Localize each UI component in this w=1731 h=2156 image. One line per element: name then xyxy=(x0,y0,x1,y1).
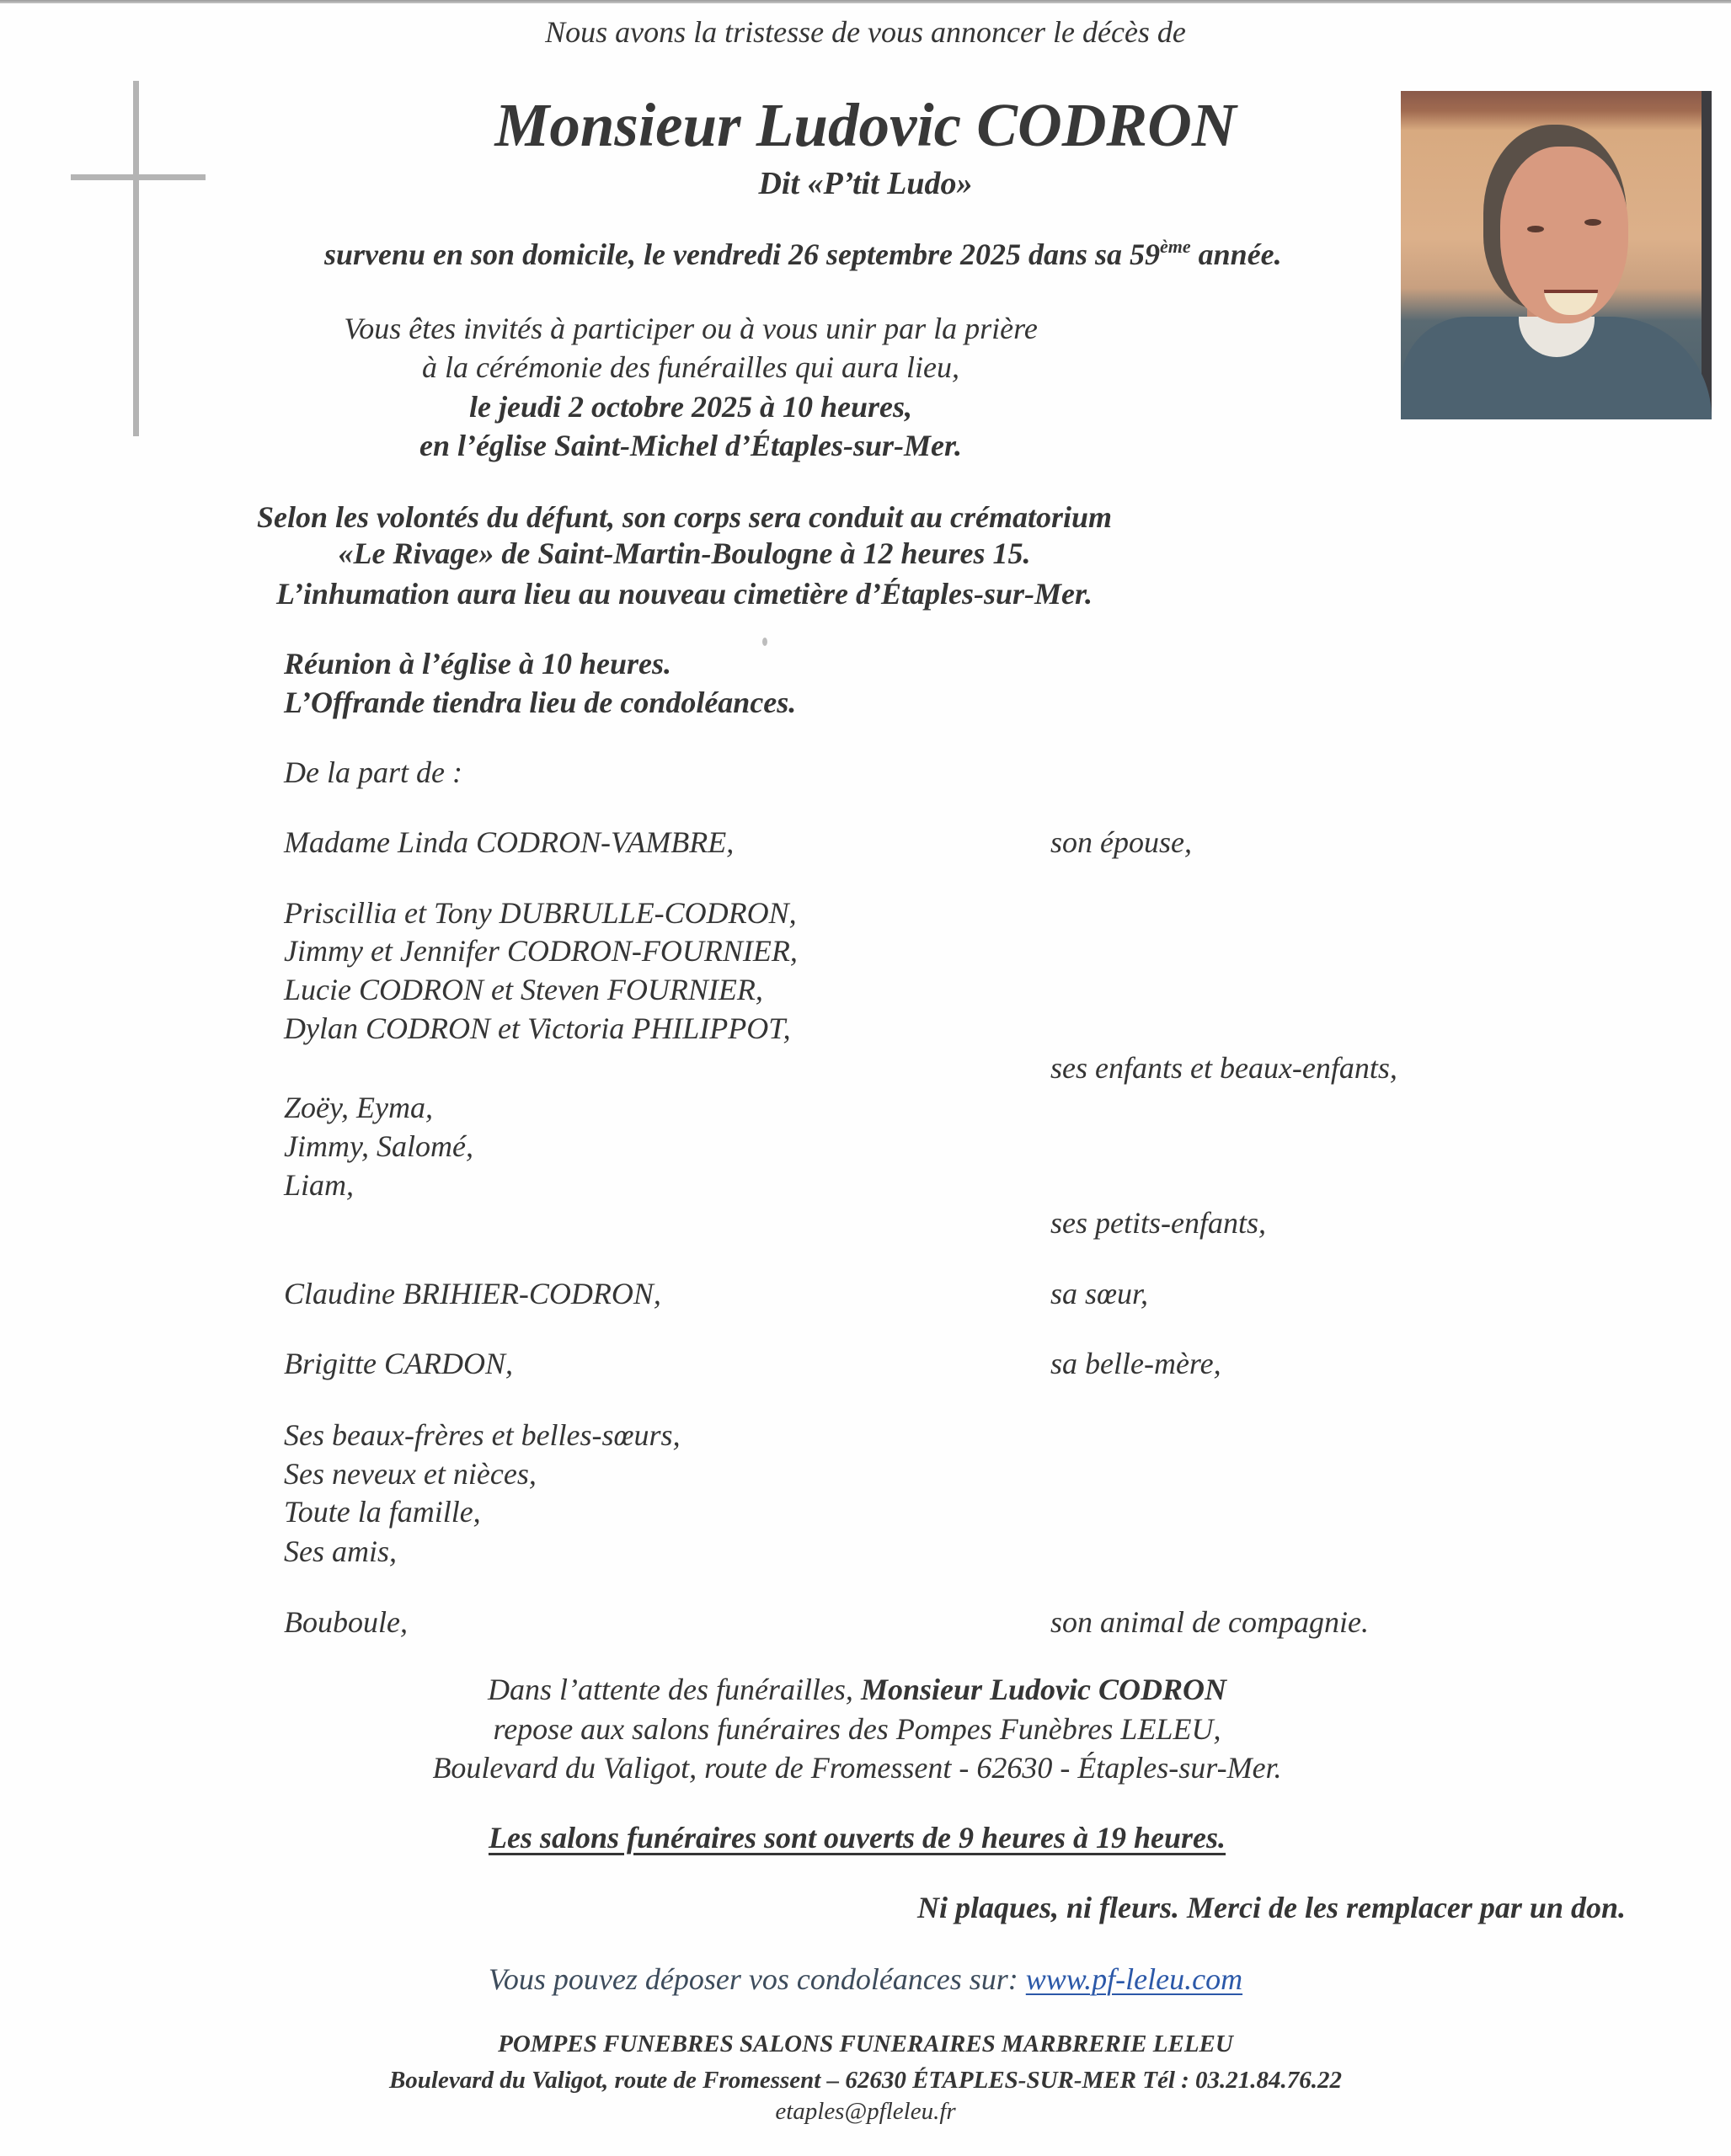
family-name: Jimmy et Jennifer CODRON-FOURNIER, xyxy=(284,936,798,966)
no-flowers: Ni plaques, ni fleurs. Merci de les remp… xyxy=(917,1892,1626,1923)
scan-speck xyxy=(762,638,767,646)
family-relation: ses petits-enfants, xyxy=(1050,1208,1266,1238)
family-relation: son animal de compagnie. xyxy=(1050,1607,1369,1637)
condolences-line: Vous pouvez déposer vos condoléances sur… xyxy=(0,1964,1731,1994)
family-name: Dylan CODRON et Victoria PHILIPPOT, xyxy=(284,1013,791,1043)
condolences-text: Vous pouvez déposer vos condoléances sur… xyxy=(489,1962,1026,1996)
family-relation: son épouse, xyxy=(1050,827,1192,857)
footer-address: Boulevard du Valigot, route de Fromessen… xyxy=(0,2068,1731,2093)
rest-line: repose aux salons funéraires des Pompes … xyxy=(0,1714,1714,1744)
cremation-line: «Le Rivage» de Saint-Martin-Boulogne à 1… xyxy=(0,538,1550,568)
footer-company: POMPES FUNEBRES SALONS FUNERAIRES MARBRE… xyxy=(0,2032,1731,2057)
family-name: Claudine BRIHIER-CODRON, xyxy=(284,1278,661,1309)
family-relation: sa sœur, xyxy=(1050,1278,1148,1309)
rest-line-name: Monsieur Ludovic CODRON xyxy=(861,1673,1226,1706)
death-line: survenu en son domicile, le vendredi 26 … xyxy=(324,239,1282,269)
footer-email[interactable]: etaples@pfleleu.fr xyxy=(0,2100,1731,2124)
family-name: Ses neveux et nièces, xyxy=(284,1459,537,1489)
rest-address: Boulevard du Valigot, route de Fromessen… xyxy=(0,1753,1714,1783)
intro-text: Nous avons la tristesse de vous annoncer… xyxy=(0,17,1731,47)
family-relation: sa belle-mère, xyxy=(1050,1348,1221,1379)
ceremony-line: Vous êtes invités à participer ou à vous… xyxy=(0,313,1381,344)
opening-hours: Les salons funéraires sont ouverts de 9 … xyxy=(0,1822,1714,1853)
ceremony-place: en l’église Saint-Michel d’Étaples-sur-M… xyxy=(0,430,1381,461)
family-name: Liam, xyxy=(284,1170,354,1200)
ceremony-date: le jeudi 2 octobre 2025 à 10 heures, xyxy=(0,392,1381,422)
family-name: Ses beaux-frères et belles-sœurs, xyxy=(284,1420,681,1450)
nickname: Dit «P’tit Ludo» xyxy=(0,168,1731,200)
cremation-line: Selon les volontés du défunt, son corps … xyxy=(0,502,1550,532)
death-line-sup: ème xyxy=(1160,236,1191,257)
death-line-end: année. xyxy=(1191,237,1282,271)
rest-line-prefix: Dans l’attente des funérailles, xyxy=(488,1673,861,1706)
family-name: Toute la famille, xyxy=(284,1497,481,1527)
burial-line: L’inhumation aura lieu au nouveau cimeti… xyxy=(0,579,1550,609)
family-name: Ses amis, xyxy=(284,1536,397,1566)
opening-hours-text: Les salons funéraires sont ouverts de 9 … xyxy=(489,1821,1226,1854)
photo-eye xyxy=(1527,226,1544,232)
family-relation: ses enfants et beaux-enfants, xyxy=(1050,1053,1397,1083)
meeting-line: Réunion à l’église à 10 heures. xyxy=(284,648,671,679)
family-name: Brigitte CARDON, xyxy=(284,1348,513,1379)
deceased-name: Monsieur Ludovic CODRON xyxy=(0,94,1731,156)
scan-edge xyxy=(0,0,1731,3)
condolences-link[interactable]: www.pf-leleu.com xyxy=(1026,1962,1242,1996)
ceremony-line: à la cérémonie des funérailles qui aura … xyxy=(0,352,1381,382)
family-name: Lucie CODRON et Steven FOURNIER, xyxy=(284,974,763,1005)
death-line-text: survenu en son domicile, le vendredi 26 … xyxy=(324,237,1160,271)
family-name: Madame Linda CODRON-VAMBRE, xyxy=(284,827,734,857)
photo-eye xyxy=(1584,219,1601,226)
from-label: De la part de : xyxy=(284,757,462,787)
offering-line: L’Offrande tiendra lieu de condoléances. xyxy=(284,687,796,718)
rest-line: Dans l’attente des funérailles, Monsieur… xyxy=(0,1674,1714,1705)
family-name: Bouboule, xyxy=(284,1607,408,1637)
family-name: Jimmy, Salomé, xyxy=(284,1131,473,1161)
family-name: Priscillia et Tony DUBRULLE-CODRON, xyxy=(284,898,797,928)
family-name: Zoëy, Eyma, xyxy=(284,1092,433,1123)
